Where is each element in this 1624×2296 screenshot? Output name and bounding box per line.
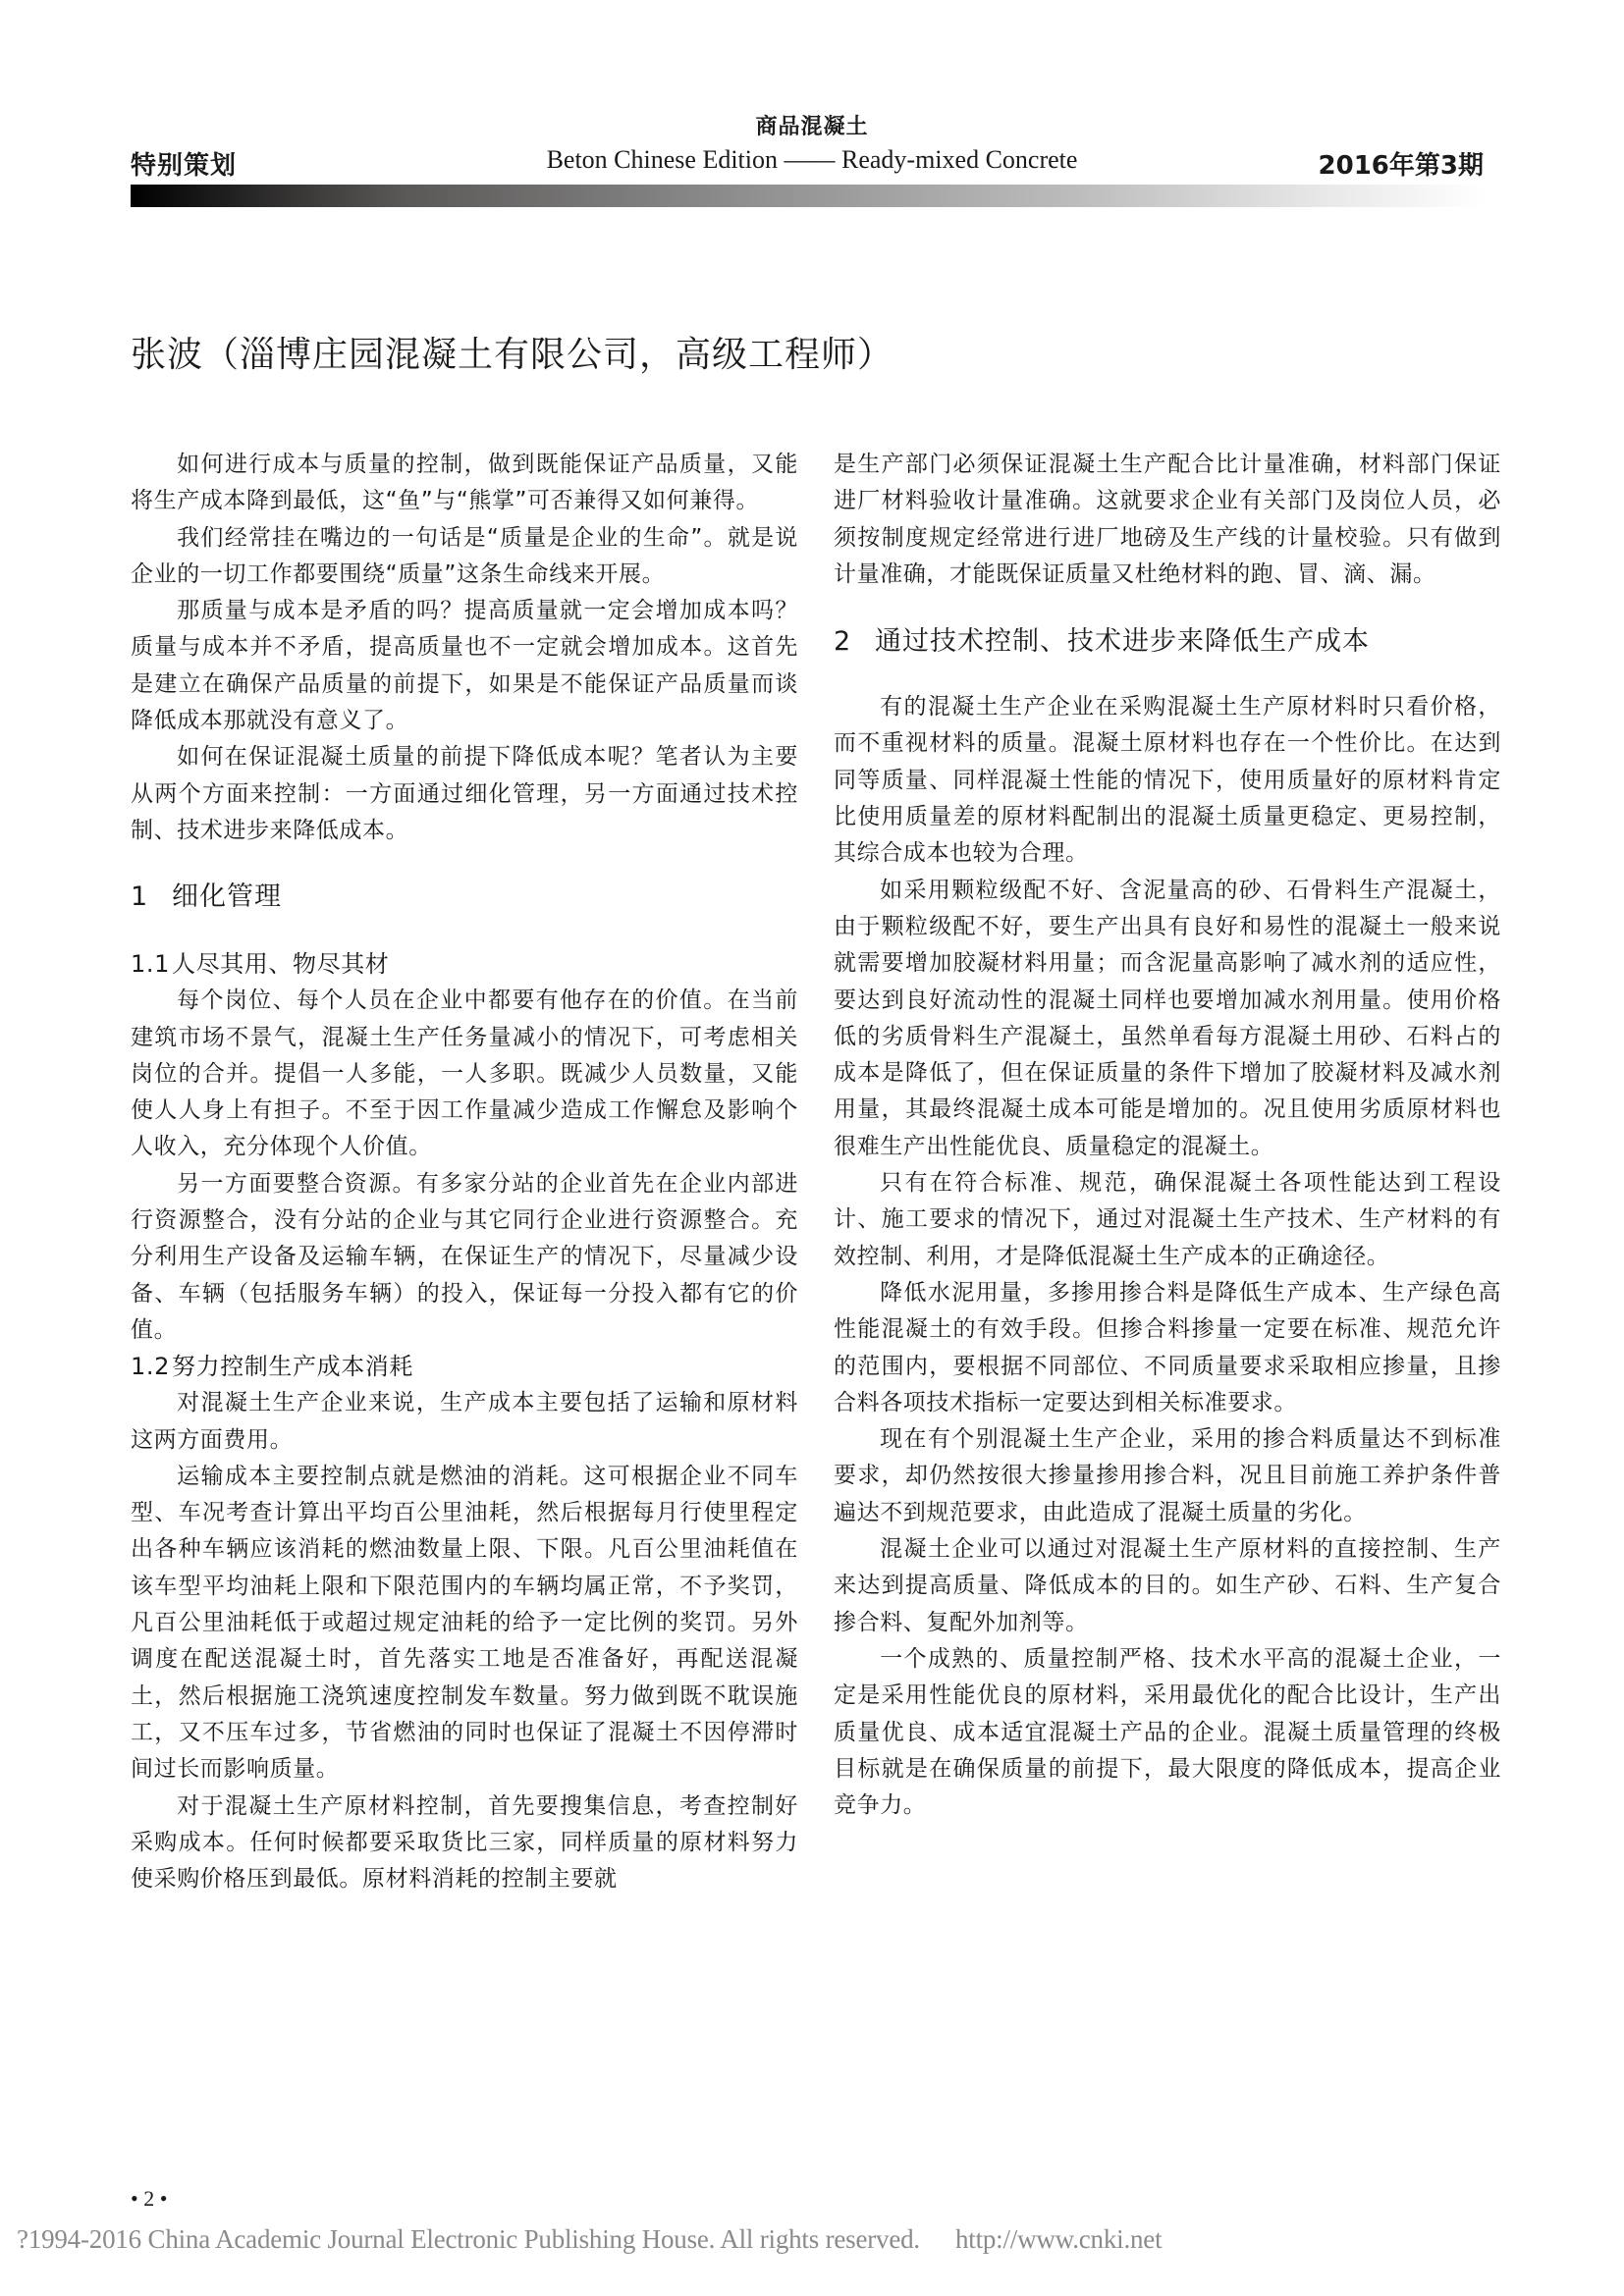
paragraph: 另一方面要整合资源。有多家分站的企业首先在企业内部进行资源整合，没有分站的企业与…: [131, 1166, 798, 1349]
section-heading-1: 1细化管理: [131, 880, 798, 915]
paragraph: 运输成本主要控制点就是燃油的消耗。这可根据企业不同车型、车况考查计算出平均百公里…: [131, 1459, 798, 1789]
paragraph: 那质量与成本是矛盾的吗？提高质量就一定会增加成本吗？质量与成本并不矛盾，提高质量…: [131, 593, 798, 739]
left-column: 如何进行成本与质量的控制，做到既能保证产品质量，又能将生产成本降到最低，这“鱼”…: [131, 447, 798, 1897]
subsection-heading-1-1: 1.1人尽其用、物尽其材: [131, 946, 798, 983]
subsection-title: 努力控制生产成本消耗: [172, 1353, 413, 1380]
paragraph: 如何进行成本与质量的控制，做到既能保证产品质量，又能将生产成本降到最低，这“鱼”…: [131, 447, 798, 520]
copyright-text: ?1994-2016 China Academic Journal Electr…: [17, 2224, 920, 2254]
section-number: 2: [834, 624, 875, 660]
author-line: 张波（淄博庄园混凝土有限公司，高级工程师）: [131, 327, 893, 377]
section-title: 通过技术控制、技术进步来降低生产成本: [875, 626, 1370, 657]
section-heading-2: 2通过技术控制、技术进步来降低生产成本: [834, 624, 1501, 660]
paragraph: 对混凝土生产企业来说，生产成本主要包括了运输和原材料这两方面费用。: [131, 1385, 798, 1459]
right-column: 是生产部门必须保证混凝土生产配合比计量准确，材料部门保证进厂材料验收计量准确。这…: [834, 447, 1501, 1824]
cnki-link[interactable]: http://www.cnki.net: [955, 2224, 1162, 2254]
subsection-heading-1-2: 1.2努力控制生产成本消耗: [131, 1349, 798, 1385]
header-gradient-bar: [131, 185, 1486, 207]
paragraph: 对于混凝土生产原材料控制，首先要搜集信息，考查控制好采购成本。任何时候都要采取货…: [131, 1789, 798, 1898]
page-number: • 2 •: [131, 2186, 167, 2212]
paragraph: 混凝土企业可以通过对混凝土生产原材料的直接控制、生产来达到提高质量、降低成本的目…: [834, 1531, 1501, 1641]
section-title: 细化管理: [172, 881, 282, 912]
paragraph: 如采用颗粒级配不好、含泥量高的砂、石骨料生产混凝土，由于颗粒级配不好，要生产出具…: [834, 873, 1501, 1165]
subsection-number: 1.2: [131, 1349, 172, 1385]
paragraph: 现在有个别混凝土生产企业，采用的掺合料质量达不到标准要求，却仍然按很大掺量掺用掺…: [834, 1421, 1501, 1531]
subsection-number: 1.1: [131, 946, 172, 983]
copyright-notice: ?1994-2016 China Academic Journal Electr…: [17, 2224, 1162, 2255]
paragraph: 有的混凝土生产企业在采购混凝土生产原材料时只看价格，而不重视材料的质量。混凝土原…: [834, 689, 1501, 872]
paragraph: 降低水泥用量，多掺用掺合料是降低生产成本、生产绿色高性能混凝土的有效手段。但掺合…: [834, 1275, 1501, 1421]
paragraph: 如何在保证混凝土质量的前提下降低成本呢？笔者认为主要从两个方面来控制：一方面通过…: [131, 739, 798, 849]
section-number: 1: [131, 880, 172, 915]
paragraph: 一个成熟的、质量控制严格、技术水平高的混凝土企业，一定是采用性能优良的原材料，采…: [834, 1641, 1501, 1824]
journal-title-cn: 商品混凝土: [0, 110, 1624, 140]
paragraph-continuation: 是生产部门必须保证混凝土生产配合比计量准确，材料部门保证进厂材料验收计量准确。这…: [834, 447, 1501, 593]
paragraph: 每个岗位、每个人员在企业中都要有他存在的价值。在当前建筑市场不景气，混凝土生产任…: [131, 983, 798, 1165]
paragraph: 我们经常挂在嘴边的一句话是“质量是企业的生命”。就是说企业的一切工作都要围绕“质…: [131, 520, 798, 594]
paragraph: 只有在符合标准、规范，确保混凝土各项性能达到工程设计、施工要求的情况下，通过对混…: [834, 1165, 1501, 1275]
subsection-title: 人尽其用、物尽其材: [172, 950, 389, 978]
issue-label: 2016年第3期: [1319, 145, 1484, 182]
